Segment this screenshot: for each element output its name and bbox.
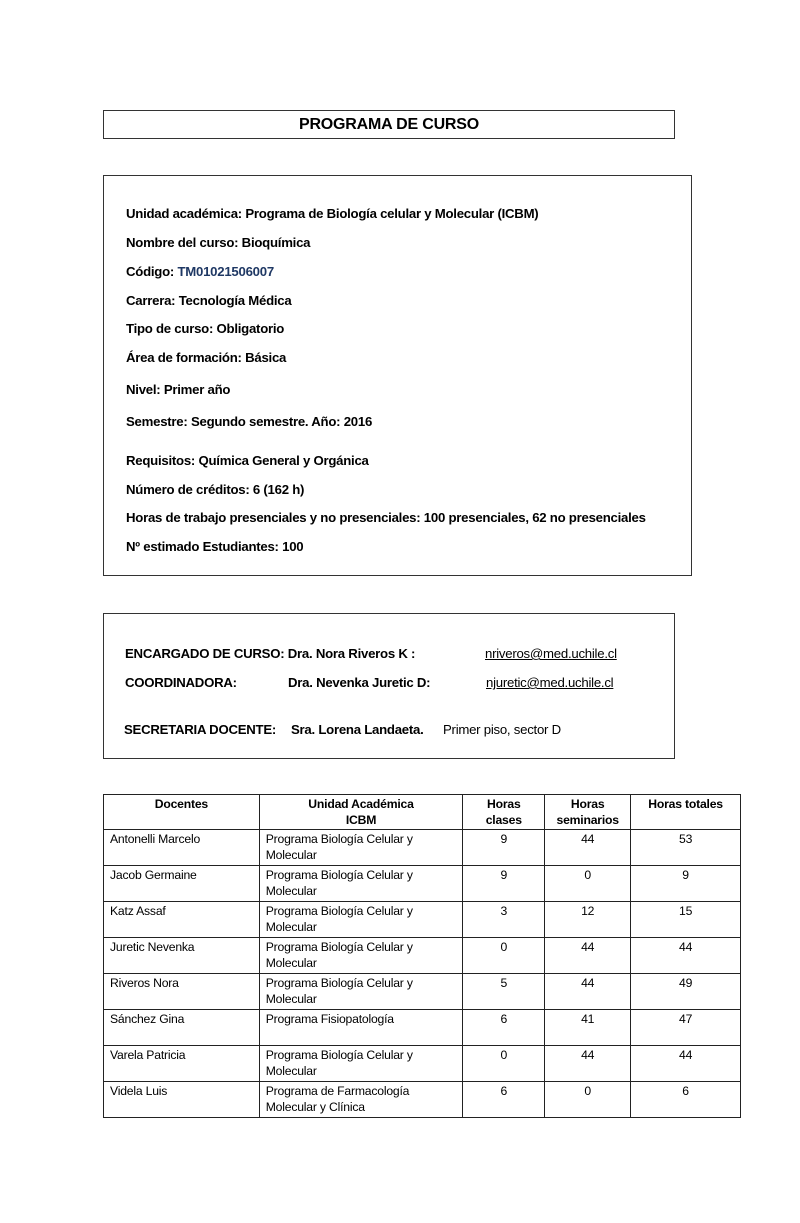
unidad-cell-line: Programa Biología Celular y <box>266 940 413 954</box>
header-horas-totales-line: Horas totales <box>648 797 723 811</box>
horas-clases-cell: 0 <box>463 938 545 974</box>
horas-clases-cell: 9 <box>463 830 545 866</box>
unidad-cell-line: Programa Biología Celular y <box>266 976 413 990</box>
horas-totales-cell-line: 9 <box>682 868 689 882</box>
docente-cell: Katz Assaf <box>104 902 260 938</box>
header-horas-totales: Horas totales <box>631 795 741 830</box>
docente-cell: Riveros Nora <box>104 974 260 1010</box>
horas-totales-cell: 44 <box>631 938 741 974</box>
table-row: Sánchez GinaPrograma Fisiopatología64147 <box>104 1010 741 1046</box>
docentes-table: DocentesUnidad AcadémicaICBMHorasclasesH… <box>103 794 741 1118</box>
codigo-label: Código: <box>126 264 177 279</box>
unidad-academica: Unidad académica: Programa de Biología c… <box>126 206 538 221</box>
horas-totales-cell: 15 <box>631 902 741 938</box>
course-info-box: Unidad académica: Programa de Biología c… <box>103 175 692 576</box>
docente-cell-line: Varela Patricia <box>110 1048 185 1062</box>
requisitos: Requisitos: Química General y Orgánica <box>126 453 369 468</box>
horas-trabajo: Horas de trabajo presenciales y no prese… <box>126 510 646 525</box>
unidad-cell: Programa de FarmacologíaMolecular y Clín… <box>259 1082 463 1118</box>
header-horas-clases-line: Horas <box>487 797 521 811</box>
header-docentes-line: Docentes <box>155 797 208 811</box>
unidad-cell-line: Programa Biología Celular y <box>266 904 413 918</box>
horas-seminarios-cell-line: 44 <box>581 1048 594 1062</box>
header-docentes: Docentes <box>104 795 260 830</box>
horas-totales-cell-line: 44 <box>679 940 692 954</box>
horas-seminarios-cell-line: 44 <box>581 832 594 846</box>
docente-cell-line: Juretic Nevenka <box>110 940 194 954</box>
unidad-cell-line: Molecular <box>266 848 317 862</box>
horas-clases-cell-line: 9 <box>500 868 507 882</box>
horas-totales-cell: 44 <box>631 1046 741 1082</box>
horas-clases-cell: 5 <box>463 974 545 1010</box>
table-row: Videla LuisPrograma de FarmacologíaMolec… <box>104 1082 741 1118</box>
horas-seminarios-cell-line: 12 <box>581 904 594 918</box>
header-unidad: Unidad AcadémicaICBM <box>259 795 463 830</box>
unidad-cell-line: Molecular <box>266 956 317 970</box>
horas-clases-cell: 6 <box>463 1082 545 1118</box>
docente-cell-line: Katz Assaf <box>110 904 166 918</box>
horas-seminarios-cell: 44 <box>545 938 631 974</box>
tipo-curso: Tipo de curso: Obligatorio <box>126 321 284 336</box>
creditos: Número de créditos: 6 (162 h) <box>126 482 304 497</box>
unidad-cell: Programa Biología Celular yMolecular <box>259 1046 463 1082</box>
horas-seminarios-cell-line: 44 <box>581 940 594 954</box>
area-formacion: Área de formación: Básica <box>126 350 286 365</box>
table-row: Antonelli MarceloPrograma Biología Celul… <box>104 830 741 866</box>
horas-totales-cell-line: 6 <box>682 1084 689 1098</box>
carrera: Carrera: Tecnología Médica <box>126 293 291 308</box>
docente-cell: Jacob Germaine <box>104 866 260 902</box>
horas-clases-cell-line: 9 <box>500 832 507 846</box>
unidad-cell: Programa Biología Celular yMolecular <box>259 902 463 938</box>
horas-totales-cell-line: 53 <box>679 832 692 846</box>
docente-cell: Varela Patricia <box>104 1046 260 1082</box>
horas-clases-cell-line: 6 <box>500 1012 507 1026</box>
unidad-cell: Programa Biología Celular yMolecular <box>259 866 463 902</box>
horas-seminarios-cell-line: 0 <box>584 868 591 882</box>
docente-cell: Sánchez Gina <box>104 1010 260 1046</box>
header-horas-seminarios: Horasseminarios <box>545 795 631 830</box>
semestre: Semestre: Segundo semestre. Año: 2016 <box>126 414 372 429</box>
docente-cell-line: Sánchez Gina <box>110 1012 184 1026</box>
unidad-cell: Programa Fisiopatología <box>259 1010 463 1046</box>
horas-clases-cell: 6 <box>463 1010 545 1046</box>
header-horas-clases: Horasclases <box>463 795 545 830</box>
unidad-cell-line: Molecular <box>266 1064 317 1078</box>
unidad-cell-line: Programa Biología Celular y <box>266 868 413 882</box>
horas-totales-cell-line: 15 <box>679 904 692 918</box>
horas-seminarios-cell: 41 <box>545 1010 631 1046</box>
unidad-cell-line: Programa Fisiopatología <box>266 1012 394 1026</box>
unidad-cell-line: Molecular y Clínica <box>266 1100 365 1114</box>
header-horas-seminarios-line: Horas <box>571 797 605 811</box>
horas-clases-cell: 3 <box>463 902 545 938</box>
horas-clases-cell-line: 3 <box>500 904 507 918</box>
table-row: Jacob GermainePrograma Biología Celular … <box>104 866 741 902</box>
horas-totales-cell: 47 <box>631 1010 741 1046</box>
horas-totales-cell: 53 <box>631 830 741 866</box>
table-row: Varela PatriciaPrograma Biología Celular… <box>104 1046 741 1082</box>
secretaria-location: Primer piso, sector D <box>443 722 561 737</box>
unidad-cell-line: Programa de Farmacología <box>266 1084 410 1098</box>
horas-seminarios-cell: 44 <box>545 830 631 866</box>
header-unidad-line: ICBM <box>346 813 376 827</box>
table-row: Katz AssafPrograma Biología Celular yMol… <box>104 902 741 938</box>
horas-seminarios-cell: 0 <box>545 866 631 902</box>
codigo-value: TM01021506007 <box>177 264 273 279</box>
horas-seminarios-cell: 44 <box>545 1046 631 1082</box>
horas-totales-cell: 9 <box>631 866 741 902</box>
horas-totales-cell-line: 44 <box>679 1048 692 1062</box>
docente-cell-line: Antonelli Marcelo <box>110 832 200 846</box>
encargado-label: ENCARGADO DE CURSO: Dra. Nora Riveros K … <box>125 646 415 661</box>
unidad-cell: Programa Biología Celular yMolecular <box>259 974 463 1010</box>
docente-cell-line: Jacob Germaine <box>110 868 197 882</box>
unidad-cell-line: Molecular <box>266 992 317 1006</box>
horas-totales-cell-line: 47 <box>679 1012 692 1026</box>
horas-clases-cell: 0 <box>463 1046 545 1082</box>
horas-seminarios-cell-line: 0 <box>584 1084 591 1098</box>
unidad-cell: Programa Biología Celular yMolecular <box>259 938 463 974</box>
coordinadora-name: Dra. Nevenka Juretic D: <box>288 675 430 690</box>
horas-clases-cell: 9 <box>463 866 545 902</box>
secretaria-label: SECRETARIA DOCENTE: <box>124 722 276 737</box>
docente-cell-line: Riveros Nora <box>110 976 179 990</box>
unidad-cell-line: Molecular <box>266 884 317 898</box>
header-horas-clases-line: clases <box>486 813 522 827</box>
docente-cell: Antonelli Marcelo <box>104 830 260 866</box>
secretaria-name: Sra. Lorena Landaeta. <box>291 722 424 737</box>
nombre-curso: Nombre del curso: Bioquímica <box>126 235 310 250</box>
docente-cell: Juretic Nevenka <box>104 938 260 974</box>
horas-totales-cell-line: 49 <box>679 976 692 990</box>
docente-cell: Videla Luis <box>104 1082 260 1118</box>
unidad-cell-line: Programa Biología Celular y <box>266 1048 413 1062</box>
table-body: Antonelli MarceloPrograma Biología Celul… <box>104 830 741 1118</box>
encargado-email-link[interactable]: nriveros@med.uchile.cl <box>485 646 617 661</box>
horas-clases-cell-line: 0 <box>500 1048 507 1062</box>
horas-seminarios-cell: 0 <box>545 1082 631 1118</box>
unidad-cell: Programa Biología Celular yMolecular <box>259 830 463 866</box>
coordinadora-email-link[interactable]: njuretic@med.uchile.cl <box>486 675 613 690</box>
horas-clases-cell-line: 6 <box>500 1084 507 1098</box>
coordinadora-label: COORDINADORA: <box>125 675 237 690</box>
horas-totales-cell: 6 <box>631 1082 741 1118</box>
horas-totales-cell: 49 <box>631 974 741 1010</box>
contacts-box: ENCARGADO DE CURSO: Dra. Nora Riveros K … <box>103 613 675 759</box>
horas-seminarios-cell: 44 <box>545 974 631 1010</box>
horas-seminarios-cell-line: 44 <box>581 976 594 990</box>
horas-clases-cell-line: 5 <box>500 976 507 990</box>
estudiantes: Nº estimado Estudiantes: 100 <box>126 539 303 554</box>
unidad-cell-line: Molecular <box>266 920 317 934</box>
header-horas-seminarios-line: seminarios <box>557 813 619 827</box>
table-header-row: DocentesUnidad AcadémicaICBMHorasclasesH… <box>104 795 741 830</box>
horas-clases-cell-line: 0 <box>500 940 507 954</box>
table-row: Juretic NevenkaPrograma Biología Celular… <box>104 938 741 974</box>
header-unidad-line: Unidad Académica <box>308 797 413 811</box>
nivel: Nivel: Primer año <box>126 382 230 397</box>
horas-seminarios-cell-line: 41 <box>581 1012 594 1026</box>
page-title: PROGRAMA DE CURSO <box>104 111 674 138</box>
horas-seminarios-cell: 12 <box>545 902 631 938</box>
docente-cell-line: Videla Luis <box>110 1084 167 1098</box>
table-row: Riveros NoraPrograma Biología Celular yM… <box>104 974 741 1010</box>
title-box: PROGRAMA DE CURSO <box>103 110 675 139</box>
unidad-cell-line: Programa Biología Celular y <box>266 832 413 846</box>
codigo: Código: TM01021506007 <box>126 264 274 279</box>
